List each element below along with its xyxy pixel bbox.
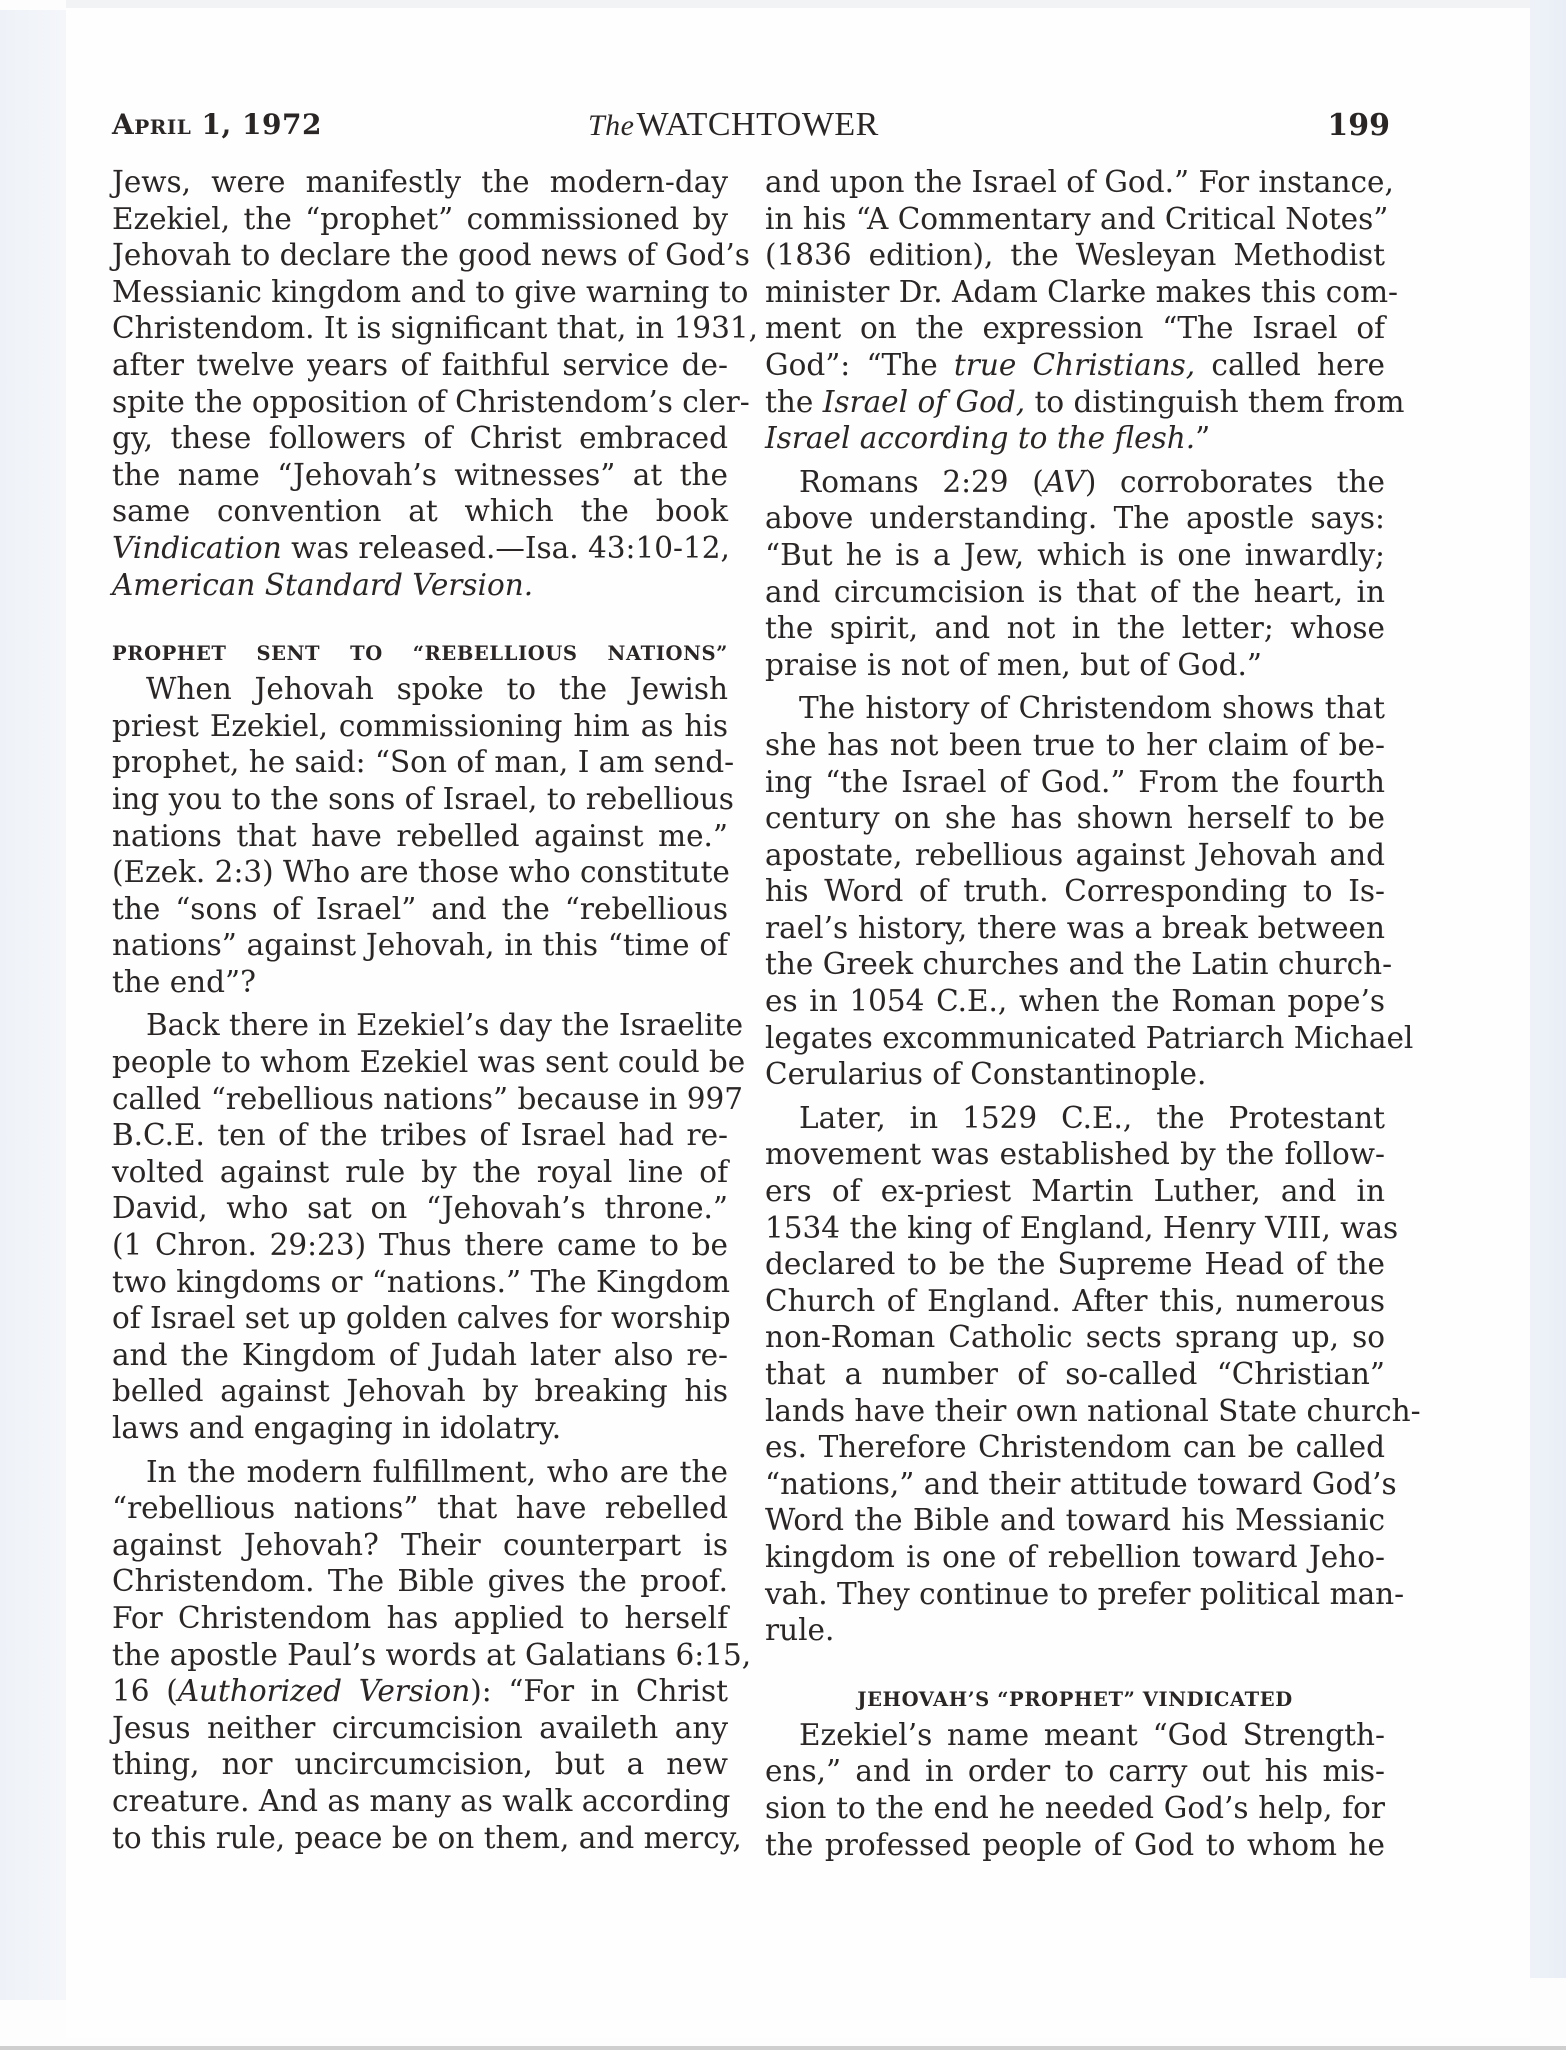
text-line: Church of England. After this, numerous [765, 1283, 1385, 1320]
paragraph: Romans 2:29 (AV) corroborates the above … [765, 464, 1385, 684]
text-line: and circumcision is that of the heart, i… [765, 574, 1385, 611]
text-line: Messianic kingdom and to give warning to [112, 274, 728, 311]
text-line: kingdom is one of rebellion toward Jeho- [765, 1539, 1385, 1576]
text-fragment: God”: “The [765, 348, 954, 382]
text-line: David, who sat on “Jehovah’s throne.” [112, 1190, 728, 1227]
paragraph: The history of Christendom shows that sh… [765, 690, 1385, 1093]
text-line: in his “A Commentary and Critical Notes” [765, 201, 1385, 238]
text-line: and upon the Israel of God.” For instanc… [765, 164, 1385, 201]
text-line: century on she has shown herself to be [765, 800, 1385, 837]
text-line: lands have their own national State chur… [765, 1393, 1385, 1430]
text-line: es. Therefore Christendom can be called [765, 1429, 1385, 1466]
text-line: against Jehovah? Their counterpart is [112, 1527, 728, 1564]
text-line: es in 1054 C.E., when the Roman pope’s [765, 983, 1385, 1020]
text-line: (1 Chron. 29:23) Thus there came to be [112, 1227, 728, 1264]
text-line: she has not been true to her claim of be… [765, 727, 1385, 764]
text-line: two kingdoms or “nations.” The Kingdom [112, 1264, 728, 1301]
text-fragment: ): “For in Christ [470, 1674, 728, 1708]
italic-abbrev: AV [1044, 465, 1085, 499]
text-fragment: ) corroborates the [1085, 465, 1385, 499]
text-line: to this rule, peace be on them, and merc… [112, 1820, 728, 1857]
text-line: American Standard Version. [112, 567, 728, 604]
text-line: Cerularius of Constantinople. [765, 1056, 1385, 1093]
text-line: ing “the Israel of God.” From the fourth [765, 764, 1385, 801]
text-line: Back there in Ezekiel’s day the Israelit… [112, 1007, 728, 1044]
text-line: apostate, rebellious against Jehovah and [765, 837, 1385, 874]
masthead-prefix: The [588, 109, 635, 142]
text-fragment: 16 ( [112, 1674, 178, 1708]
text-line: B.C.E. ten of the tribes of Israel had r… [112, 1117, 728, 1154]
text-line: ing you to the sons of Israel, to rebell… [112, 781, 728, 818]
masthead-logo: TheWATCHTOWER [588, 106, 879, 144]
text-fragment: Romans 2:29 ( [799, 465, 1044, 499]
italic-phrase: Israel according to the flesh. [765, 421, 1195, 455]
paragraph: In the modern fulfillment, who are the “… [112, 1454, 728, 1857]
scan-edge-left [0, 10, 66, 2000]
scan-edge-bottom [0, 2046, 1566, 2050]
text-line: rael’s history, there was a break betwee… [765, 910, 1385, 947]
italic-phrase: Israel of God, [823, 385, 1025, 419]
text-fragment: was released.—Isa. 43:10-12, [282, 531, 730, 565]
text-line: the name “Jehovah’s witnesses” at the [112, 457, 728, 494]
text-line: minister Dr. Adam Clarke makes this com- [765, 274, 1385, 311]
text-line: nations that have rebelled against me.” [112, 818, 728, 855]
text-line: above understanding. The apostle says: [765, 500, 1385, 537]
text-line: Ezekiel, the “prophet” commissioned by [112, 201, 728, 238]
section-subheading: PROPHET SENT TO “REBELLIOUS NATIONS” [112, 637, 728, 671]
text-line: Romans 2:29 (AV) corroborates the [765, 464, 1385, 501]
text-line: For Christendom has applied to herself [112, 1600, 728, 1637]
text-line: after twelve years of faithful service d… [112, 347, 728, 384]
text-fragment: to distinguish them from [1025, 385, 1404, 419]
text-line: the end”? [112, 964, 728, 1001]
text-line: of Israel set up golden calves for worsh… [112, 1300, 728, 1337]
italic-version: American Standard Version. [112, 568, 533, 602]
text-line: vah. They continue to prefer political m… [765, 1576, 1385, 1613]
text-line: people to whom Ezekiel was sent could be [112, 1044, 728, 1081]
text-line: ens,” and in order to carry out his mis- [765, 1753, 1385, 1790]
text-line: the apostle Paul’s words at Galatians 6:… [112, 1637, 728, 1674]
text-line: Christendom. The Bible gives the proof. [112, 1563, 728, 1600]
text-line: (Ezek. 2:3) Who are those who constitute [112, 854, 728, 891]
scan-edge-top [66, 0, 1530, 8]
text-line: non-Roman Catholic sects sprang up, so [765, 1319, 1385, 1356]
text-line: legates excommunicated Patriarch Michael [765, 1020, 1385, 1057]
masthead-title: WATCHTOWER [637, 106, 879, 143]
text-line: his Word of truth. Corresponding to Is- [765, 873, 1385, 910]
text-line: When Jehovah spoke to the Jewish [112, 671, 728, 708]
text-line: the spirit, and not in the letter; whose [765, 610, 1385, 647]
text-line: rule. [765, 1612, 1385, 1649]
section-subheading: JEHOVAH’S “PROPHET” VINDICATED [765, 1683, 1385, 1717]
text-line: 1534 the king of England, Henry VIII, wa… [765, 1210, 1385, 1247]
text-line: same convention at which the book [112, 493, 728, 530]
text-line: the professed people of God to whom he [765, 1827, 1385, 1864]
text-fragment: the [765, 385, 823, 419]
text-line: “nations,” and their attitude toward God… [765, 1466, 1385, 1503]
text-line: called “rebellious nations” because in 9… [112, 1081, 728, 1118]
text-line: Jews, were manifestly the modern-day [112, 164, 728, 201]
text-line: priest Ezekiel, commissioning him as his [112, 708, 728, 745]
text-line: prophet, he said: “Son of man, I am send… [112, 744, 728, 781]
text-line: 16 (Authorized Version): “For in Christ [112, 1673, 728, 1710]
page-number: 199 [1327, 108, 1390, 143]
text-line: gy, these followers of Christ embraced [112, 420, 728, 457]
text-line: ers of ex-priest Martin Luther, and in [765, 1173, 1385, 1210]
text-line: thing, nor uncircumcision, but a new [112, 1746, 728, 1783]
text-line: God”: “The true Christians, called here [765, 347, 1385, 384]
text-line: Vindication was released.—Isa. 43:10-12, [112, 530, 728, 567]
text-line: volted against rule by the royal line of [112, 1154, 728, 1191]
left-column: Jews, were manifestly the modern-day Eze… [112, 164, 728, 1856]
issue-date: April 1, 1972 [112, 108, 322, 141]
text-line: (1836 edition), the Wesleyan Methodist [765, 237, 1385, 274]
text-line: “rebellious nations” that have rebelled [112, 1490, 728, 1527]
text-line: that a number of so-called “Christian” [765, 1356, 1385, 1393]
text-line: the Israel of God, to distinguish them f… [765, 384, 1385, 421]
text-line: ment on the expression “The Israel of [765, 310, 1385, 347]
text-line: the Greek churches and the Latin church- [765, 946, 1385, 983]
paragraph: When Jehovah spoke to the Jewish priest … [112, 671, 728, 1000]
text-line: The history of Christendom shows that [765, 690, 1385, 727]
italic-title: Vindication [112, 531, 282, 565]
text-line: Christendom. It is significant that, in … [112, 310, 728, 347]
paragraph: and upon the Israel of God.” For instanc… [765, 164, 1385, 457]
text-line: belled against Jehovah by breaking his [112, 1373, 728, 1410]
text-line: Jesus neither circumcision availeth any [112, 1710, 728, 1747]
text-line: sion to the end he needed God’s help, fo… [765, 1790, 1385, 1827]
right-column: and upon the Israel of God.” For instanc… [765, 164, 1385, 1863]
text-line: declared to be the Supreme Head of the [765, 1246, 1385, 1283]
paragraph: Back there in Ezekiel’s day the Israelit… [112, 1007, 728, 1446]
text-line: Later, in 1529 C.E., the Protestant [765, 1100, 1385, 1137]
text-line: Israel according to the flesh.” [765, 420, 1385, 457]
scan-edge-right [1530, 0, 1566, 1978]
text-line: In the modern fulfillment, who are the [112, 1454, 728, 1491]
text-line: spite the opposition of Christendom’s cl… [112, 384, 728, 421]
text-line: nations” against Jehovah, in this “time … [112, 927, 728, 964]
running-header: April 1, 1972 TheWATCHTOWER 199 [112, 104, 1390, 150]
text-line: creature. And as many as walk according [112, 1783, 728, 1820]
text-line: Word the Bible and toward his Messianic [765, 1502, 1385, 1539]
text-fragment: called here [1195, 348, 1385, 382]
text-fragment: ” [1195, 421, 1210, 455]
text-line: Ezekiel’s name meant “God Strength- [765, 1717, 1385, 1754]
paragraph: Ezekiel’s name meant “God Strength- ens,… [765, 1717, 1385, 1863]
text-line: laws and engaging in idolatry. [112, 1410, 728, 1447]
italic-version: Authorized Version [178, 1674, 471, 1708]
paragraph: Later, in 1529 C.E., the Protestant move… [765, 1100, 1385, 1649]
italic-phrase: true Christians, [954, 348, 1195, 382]
text-line: praise is not of men, but of God.” [765, 647, 1385, 684]
text-line: “But he is a Jew, which is one inwardly; [765, 537, 1385, 574]
text-line: the “sons of Israel” and the “rebellious [112, 891, 728, 928]
text-line: Jehovah to declare the good news of God’… [112, 237, 728, 274]
text-line: and the Kingdom of Judah later also re- [112, 1337, 728, 1374]
text-line: movement was established by the follow- [765, 1136, 1385, 1173]
paragraph: Jews, were manifestly the modern-day Eze… [112, 164, 728, 603]
